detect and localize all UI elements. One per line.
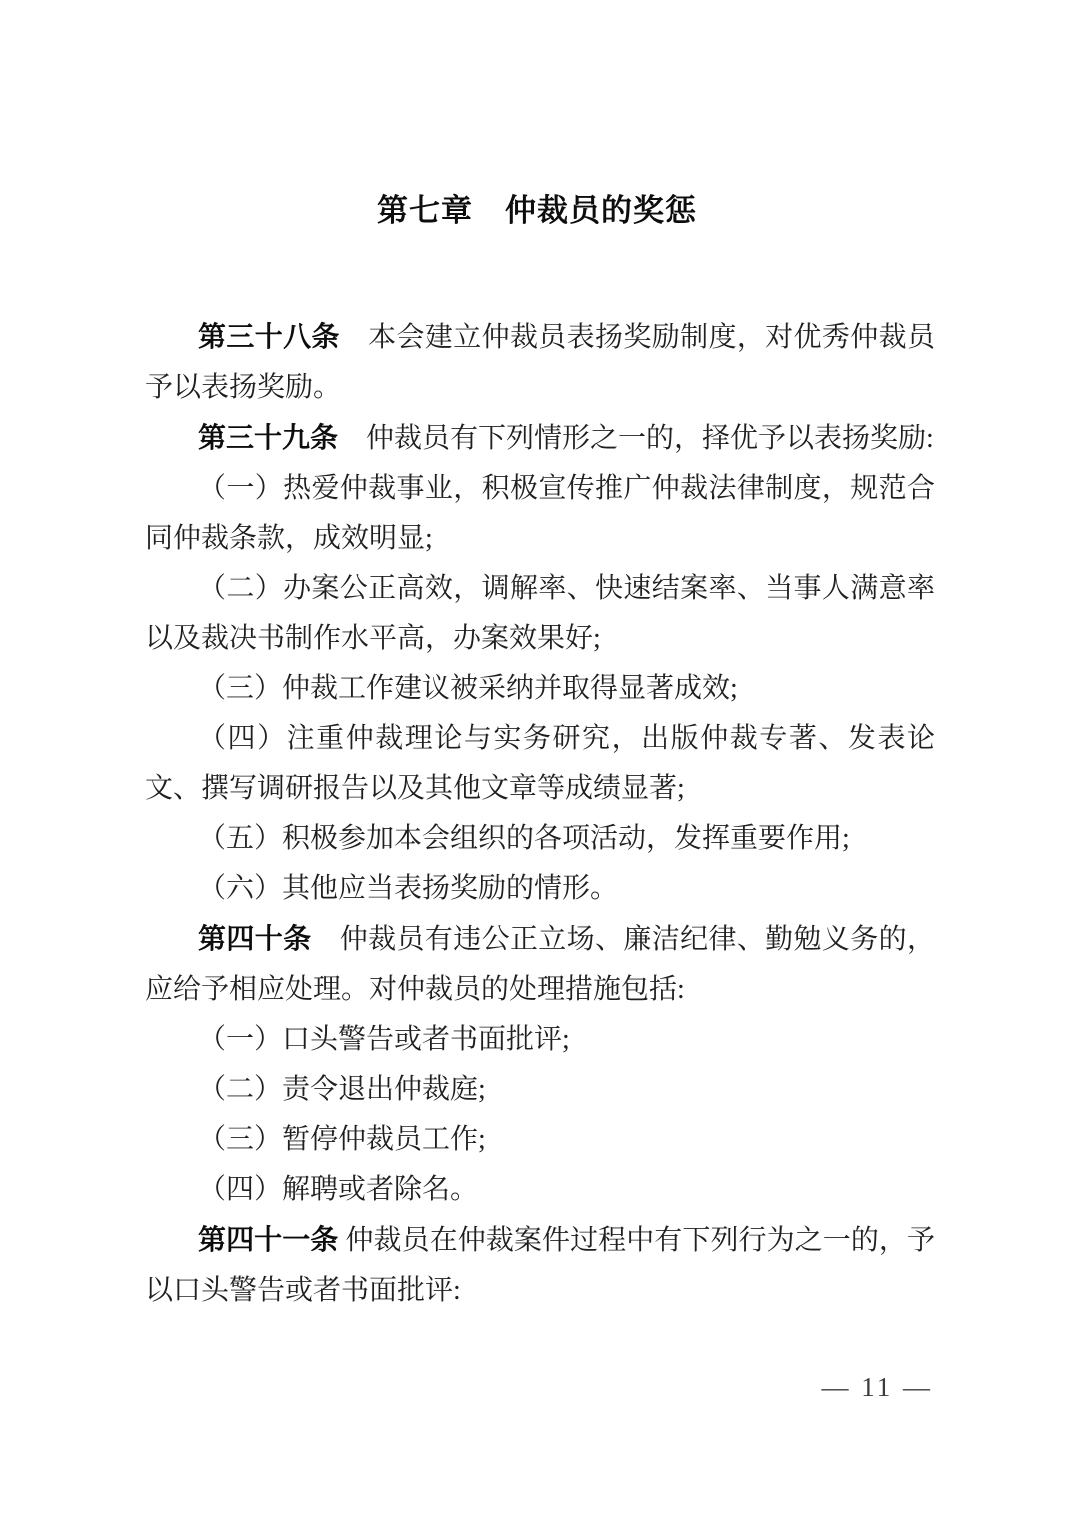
paragraph-article-40: 第四十条 仲裁员有违公正立场、廉洁纪律、勤勉义务的，应给予相应处理。对仲裁员的处… <box>145 914 935 1015</box>
paragraph-text: （五）积极参加本会组织的各项活动，发挥重要作用; <box>198 823 850 854</box>
paragraph-article-38: 第三十八条 本会建立仲裁员表扬奖励制度，对优秀仲裁员予以表扬奖励。 <box>145 312 935 413</box>
page-number: — 11 — <box>822 1369 934 1405</box>
article-number: 第四十一条 <box>198 1223 338 1256</box>
paragraph-item-6: （六）其他应当表扬奖励的情形。 <box>145 864 935 914</box>
paragraph-text: （二）办案公正高效，调解率、快速结案率、当事人满意率以及裁决书制作水平高，办案效… <box>145 573 935 654</box>
paragraph-item-5: （五）积极参加本会组织的各项活动，发挥重要作用; <box>145 814 935 864</box>
paragraph-text: （六）其他应当表扬奖励的情形。 <box>198 873 618 904</box>
chapter-title: 第七章 仲裁员的奖惩 <box>142 189 932 233</box>
paragraph-measure-1: （一）口头警告或者书面批评; <box>145 1015 935 1065</box>
document-page: 第七章 仲裁员的奖惩 第三十八条 本会建立仲裁员表扬奖励制度，对优秀仲裁员予以表… <box>0 0 1074 1520</box>
article-number: 第三十九条 <box>198 421 338 454</box>
paragraph-measure-4: （四）解聘或者除名。 <box>145 1165 935 1215</box>
paragraph-item-2: （二）办案公正高效，调解率、快速结案率、当事人满意率以及裁决书制作水平高，办案效… <box>145 564 935 664</box>
paragraph-article-39: 第三十九条 仲裁员有下列情形之一的，择优予以表扬奖励: <box>145 413 935 464</box>
paragraph-text: （一）口头警告或者书面批评; <box>198 1024 570 1055</box>
paragraph-item-4: （四）注重仲裁理论与实务研究，出版仲裁专著、发表论文、撰写调研报告以及其他文章等… <box>145 714 935 814</box>
paragraph-article-41: 第四十一条 仲裁员在仲裁案件过程中有下列行为之一的，予以口头警告或者书面批评: <box>145 1215 935 1316</box>
paragraph-text: （一）热爱仲裁事业，积极宣传推广仲裁法律制度，规范合同仲裁条款，成效明显; <box>145 473 935 554</box>
article-number: 第四十条 <box>198 922 311 955</box>
paragraph-text: （四）解聘或者除名。 <box>198 1174 478 1205</box>
paragraph-item-3: （三）仲裁工作建议被采纳并取得显著成效; <box>145 664 935 714</box>
paragraph-text: 仲裁员有下列情形之一的，择优予以表扬奖励: <box>338 423 934 454</box>
paragraph-text: （二）责令退出仲裁庭; <box>198 1074 486 1105</box>
paragraph-text: （三）暂停仲裁员工作; <box>198 1124 486 1155</box>
article-number: 第三十八条 <box>198 320 340 353</box>
paragraph-measure-2: （二）责令退出仲裁庭; <box>145 1065 935 1115</box>
document-body: 第三十八条 本会建立仲裁员表扬奖励制度，对优秀仲裁员予以表扬奖励。 第三十九条 … <box>145 312 935 1316</box>
paragraph-measure-3: （三）暂停仲裁员工作; <box>145 1115 935 1165</box>
paragraph-text: （四）注重仲裁理论与实务研究，出版仲裁专著、发表论文、撰写调研报告以及其他文章等… <box>145 723 935 804</box>
paragraph-item-1: （一）热爱仲裁事业，积极宣传推广仲裁法律制度，规范合同仲裁条款，成效明显; <box>145 464 935 564</box>
paragraph-text: （三）仲裁工作建议被采纳并取得显著成效; <box>198 673 738 704</box>
